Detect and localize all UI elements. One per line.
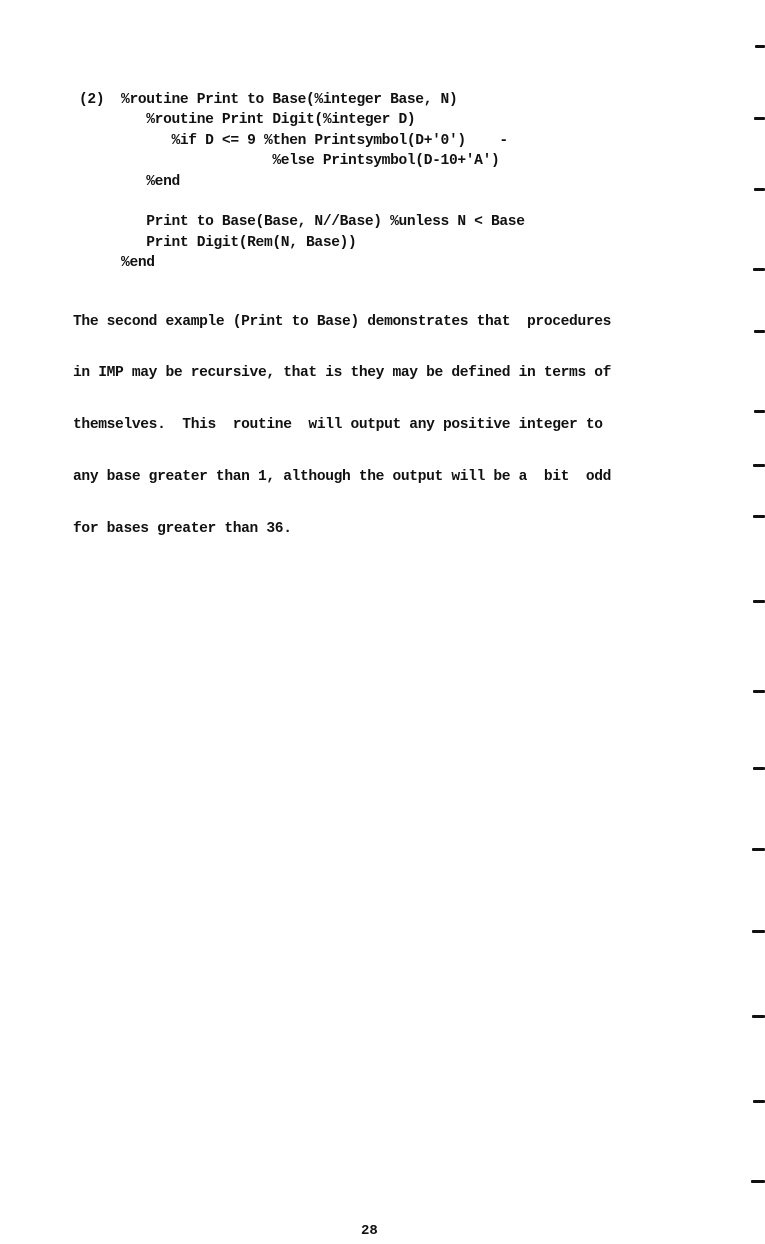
edge-mark bbox=[753, 515, 765, 518]
code-line: Print to Base(Base, N//Base) %unless N <… bbox=[79, 212, 525, 232]
code-line: Print Digit(Rem(N, Base)) bbox=[79, 233, 525, 253]
edge-mark bbox=[753, 600, 765, 603]
edge-mark bbox=[753, 690, 765, 693]
code-line bbox=[79, 192, 525, 212]
edge-mark bbox=[753, 464, 765, 467]
code-line: %if D <= 9 %then Printsymbol(D+'0') - bbox=[79, 131, 525, 151]
paragraph-line: The second example (Print to Base) demon… bbox=[73, 314, 713, 331]
paragraph-line: any base greater than 1, although the ou… bbox=[73, 469, 713, 486]
explanation-paragraph: The second example (Print to Base) demon… bbox=[73, 279, 713, 573]
edge-mark bbox=[753, 268, 765, 271]
page-number: 28 bbox=[361, 1223, 378, 1239]
edge-mark bbox=[752, 930, 765, 933]
paragraph-line: for bases greater than 36. bbox=[73, 521, 713, 538]
edge-mark bbox=[754, 330, 765, 333]
code-line: (2) %routine Print to Base(%integer Base… bbox=[79, 90, 525, 110]
code-line: %routine Print Digit(%integer D) bbox=[79, 110, 525, 130]
code-example: (2) %routine Print to Base(%integer Base… bbox=[79, 90, 525, 274]
code-line: %end bbox=[79, 172, 525, 192]
edge-mark bbox=[752, 1015, 765, 1018]
edge-mark bbox=[755, 45, 765, 48]
edge-mark bbox=[753, 1100, 765, 1103]
edge-mark bbox=[754, 410, 765, 413]
code-line: %else Printsymbol(D-10+'A') bbox=[79, 151, 525, 171]
edge-mark bbox=[752, 848, 765, 851]
paragraph-line: in IMP may be recursive, that is they ma… bbox=[73, 365, 713, 382]
edge-mark bbox=[753, 767, 765, 770]
paragraph-line: themselves. This routine will output any… bbox=[73, 417, 713, 434]
edge-mark bbox=[754, 188, 765, 191]
edge-mark bbox=[754, 117, 765, 120]
edge-mark bbox=[751, 1180, 765, 1183]
code-line: %end bbox=[79, 253, 525, 273]
